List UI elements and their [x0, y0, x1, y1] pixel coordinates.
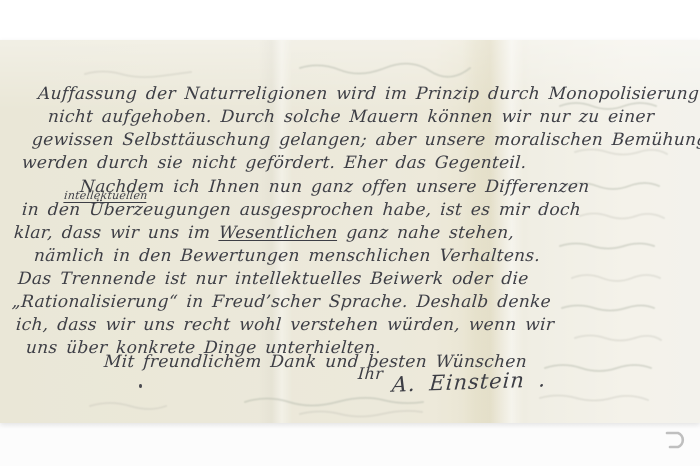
ink-dot	[139, 384, 142, 388]
handwriting-line-5: Nachdem ich Ihnen nun ganz offen unsere …	[79, 177, 590, 197]
closing-line: Mit freundlichem Dank und besten Wünsche…	[103, 352, 527, 372]
photo-background: Auffassung der Naturreligionen wird im P…	[0, 0, 700, 466]
valediction: Ihr	[357, 364, 384, 384]
handwriting-line-3: gewissen Selbsttäuschung gelangen; aber …	[31, 130, 700, 150]
handwriting-line-10: „Rationalisierung“ in Freud’scher Sprach…	[11, 292, 551, 312]
handwriting-line-2: nicht aufgehoben. Durch solche Mauern kö…	[47, 107, 655, 127]
d-watermark-icon	[662, 427, 692, 453]
handwriting-line-4: werden durch sie nicht gefördert. Eher d…	[21, 153, 527, 173]
handwriting-line-7: klar, dass wir uns im Wesentlichen ganz …	[13, 223, 515, 243]
line-7-pre: klar, dass wir uns im	[13, 223, 219, 243]
line-7-post: ganz nahe stehen,	[337, 223, 515, 243]
handwriting-line-11: ich, dass wir uns recht wohl verstehen w…	[15, 315, 555, 335]
signature: A. Einstein .	[391, 369, 547, 394]
handwriting-line-6: in den Überzeugungen ausgesprochen habe,…	[21, 200, 581, 220]
letter-paper: Auffassung der Naturreligionen wird im P…	[0, 40, 700, 423]
handwriting-line-8: nämlich in den Bewertungen menschlichen …	[33, 246, 541, 266]
underlined-word: Wesentlichen	[218, 223, 338, 243]
handwriting-line-9: Das Trennende ist nur intellektuelles Be…	[17, 269, 529, 289]
handwriting-line-1: Auffassung der Naturreligionen wird im P…	[37, 84, 700, 104]
